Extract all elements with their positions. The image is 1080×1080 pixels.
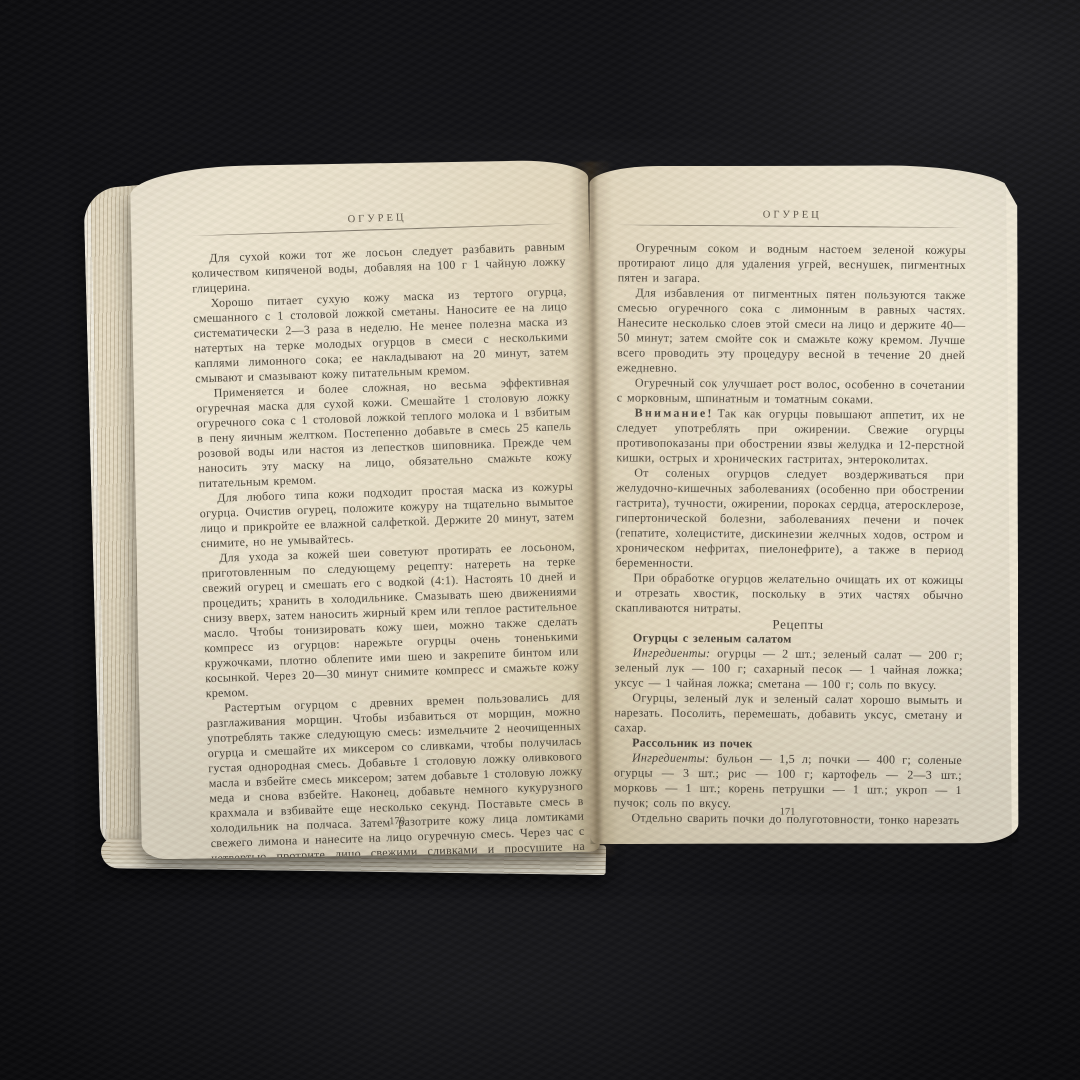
- warning-label: Внимание!: [635, 406, 714, 421]
- paragraph: Хорошо питает сухую кожу маска из тертог…: [193, 284, 570, 386]
- right-page: ОГУРЕЦ Огуречным соком и водным настоем …: [589, 165, 1018, 844]
- recipe-ingredients: Ингредиенты: огурцы — 2 шт.; зеленый сал…: [615, 645, 963, 693]
- left-page: ОГУРЕЦ Для сухой кожи тот же лосьон след…: [130, 160, 600, 860]
- paragraph: Растертым огурцом с древних времен польз…: [206, 689, 586, 860]
- right-page-content: ОГУРЕЦ Огуречным соком и водным настоем …: [614, 208, 967, 821]
- right-page-body: Огуречным соком и водным настоем зеленой…: [613, 240, 966, 828]
- warning-paragraph: Внимание!Так как огурцы повышают аппетит…: [616, 405, 964, 468]
- running-header-right: ОГУРЕЦ: [618, 208, 966, 222]
- paragraph: Для избавления от пигментных пятен польз…: [617, 285, 966, 378]
- left-page-content: ОГУРЕЦ Для сухой кожи тот же лосьон след…: [190, 207, 584, 835]
- paragraph: Огуречным соком и водным настоем зеленой…: [618, 240, 966, 288]
- recipe-instructions: Огурцы, зеленый лук и зеленый салат хоро…: [614, 690, 962, 738]
- paragraph: При обработке огурцов желательно очищать…: [615, 570, 963, 618]
- header-rule-right: [618, 224, 966, 228]
- paragraph: Применяется и более сложная, но весьма э…: [196, 374, 573, 491]
- paragraph: Для ухода за кожей шеи советуют протират…: [201, 539, 580, 701]
- running-header-left: ОГУРЕЦ: [190, 207, 564, 230]
- paragraph: Огуречный сок улучшает рост волос, особе…: [617, 375, 965, 408]
- open-book: ОГУРЕЦ Для сухой кожи тот же лосьон след…: [75, 142, 1006, 895]
- ingredients-label: Ингредиенты:: [632, 750, 710, 765]
- left-page-body: Для сухой кожи тот же лосьон следует раз…: [191, 239, 586, 859]
- ingredients-label: Ингредиенты:: [633, 645, 711, 660]
- photo-scene: ОГУРЕЦ Для сухой кожи тот же лосьон след…: [0, 0, 1080, 1080]
- paragraph: От соленых огурцов следует воздерживатьс…: [615, 465, 964, 573]
- recipe-ingredients: Ингредиенты: бульон — 1,5 л; почки — 400…: [614, 750, 962, 813]
